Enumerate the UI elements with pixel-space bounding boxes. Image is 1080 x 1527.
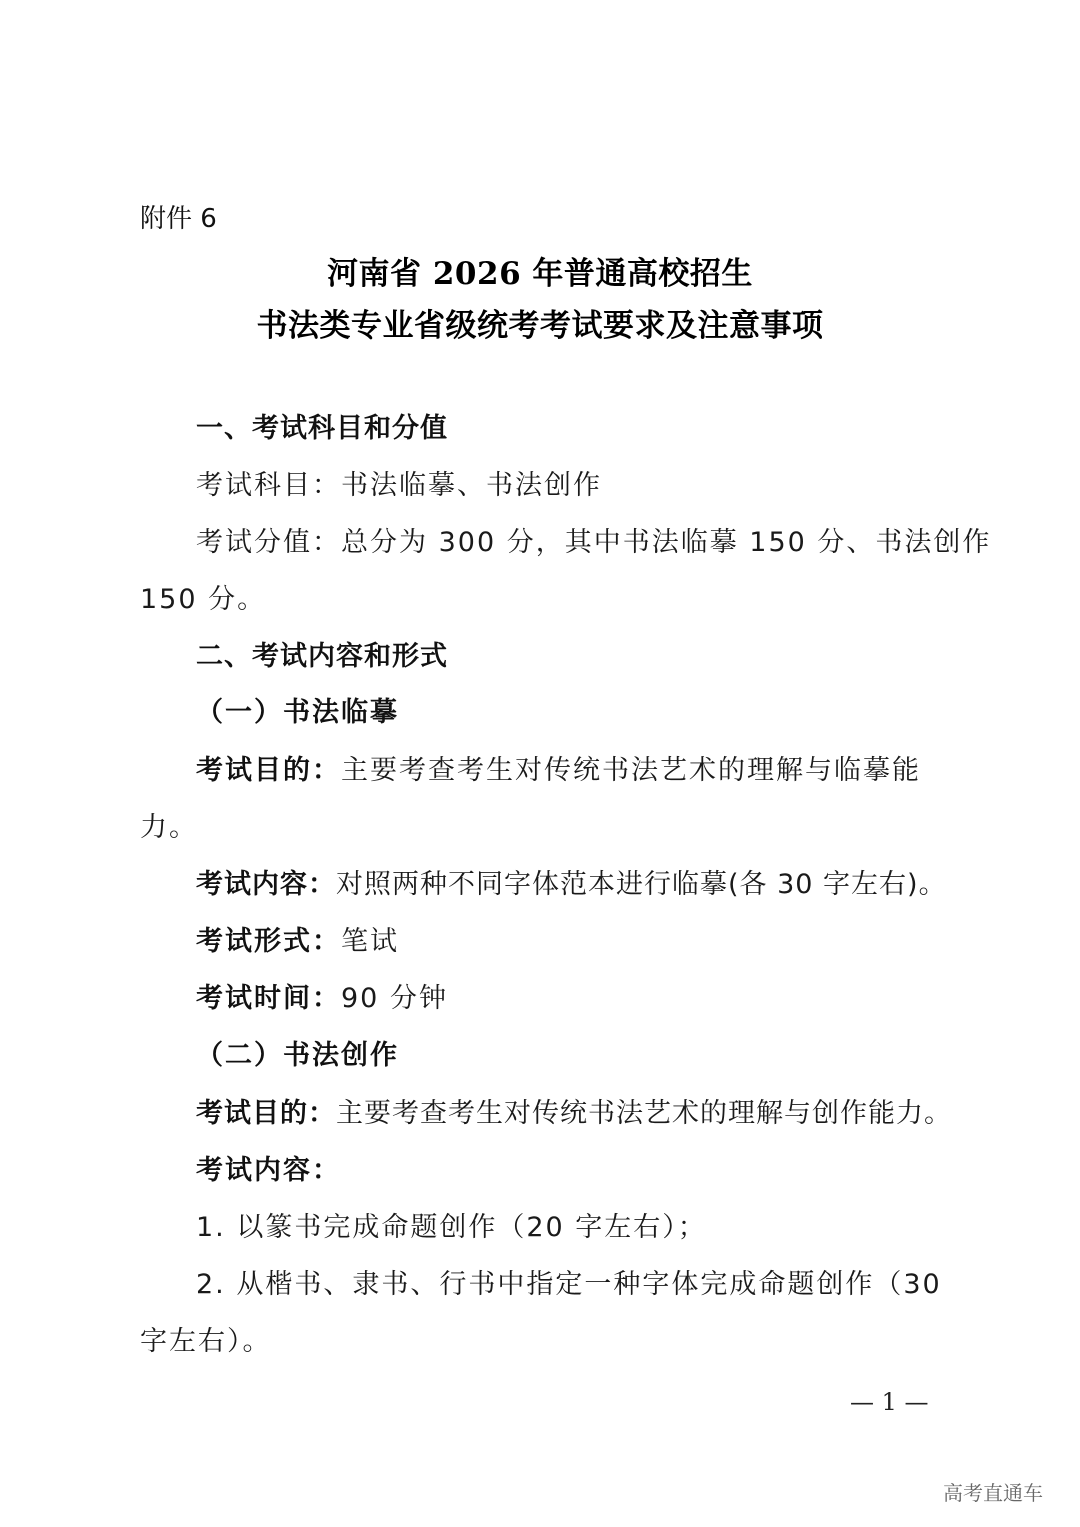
purpose-value: 主要考查考生对传统书法艺术的理解与创作能力。 <box>336 1098 952 1129</box>
subjects-value: 书法临摹、书法创作 <box>341 470 602 501</box>
watermark: 高考直通车 <box>943 1477 1043 1506</box>
part1-form-line: 考试形式：笔试 <box>196 919 941 958</box>
part1-content-line: 考试内容：对照两种不同字体范本进行临摹(各 30 字左右)。 <box>196 862 941 901</box>
part2-item2-continued: 字左右）。 <box>140 1319 940 1358</box>
time-label: 考试时间： <box>196 983 341 1014</box>
document-title-line2: 书法类专业省级统考考试要求及注意事项 <box>0 300 1080 345</box>
form-value: 笔试 <box>341 926 399 957</box>
time-value: 90 分钟 <box>341 983 448 1014</box>
scores-value: 总分为 300 分，其中书法临摹 150 分、书法创作 <box>341 527 991 558</box>
part2-content-label-line: 考试内容： <box>196 1148 941 1187</box>
part2-item1: 1. 以篆书完成命题创作（20 字左右）； <box>196 1205 941 1244</box>
part1-purpose-continued: 力。 <box>140 805 940 844</box>
purpose-value: 主要考查考生对传统书法艺术的理解与临摹能 <box>341 755 921 786</box>
content-value: 对照两种不同字体范本进行临摹(各 30 字左右)。 <box>336 869 947 900</box>
part1-purpose-line: 考试目的：主要考查考生对传统书法艺术的理解与临摹能 <box>196 748 941 787</box>
content-label: 考试内容： <box>196 869 336 900</box>
part2-purpose-line: 考试目的：主要考查考生对传统书法艺术的理解与创作能力。 <box>196 1091 941 1130</box>
part1-heading: （一）书法临摹 <box>196 690 996 729</box>
scores-label: 考试分值： <box>196 527 341 558</box>
section2-heading: 二、考试内容和形式 <box>196 634 941 673</box>
attachment-label: 附件 6 <box>140 198 217 235</box>
page-number: — 1 — <box>850 1388 929 1416</box>
purpose-label: 考试目的： <box>196 1098 336 1129</box>
subjects-line: 考试科目：书法临摹、书法创作 <box>196 463 941 502</box>
subjects-label: 考试科目： <box>196 470 341 501</box>
scores-line-continued: 150 分。 <box>140 577 940 616</box>
scores-line: 考试分值：总分为 300 分，其中书法临摹 150 分、书法创作 <box>196 520 941 559</box>
form-label: 考试形式： <box>196 926 341 957</box>
purpose-label: 考试目的： <box>196 755 341 786</box>
part1-time-line: 考试时间：90 分钟 <box>196 976 941 1015</box>
document-title-line1: 河南省 2026 年普通高校招生 <box>0 248 1080 293</box>
part2-heading: （二）书法创作 <box>196 1033 996 1072</box>
part2-item2: 2. 从楷书、隶书、行书中指定一种字体完成命题创作（30 <box>196 1262 941 1301</box>
section1-heading: 一、考试科目和分值 <box>196 406 941 445</box>
